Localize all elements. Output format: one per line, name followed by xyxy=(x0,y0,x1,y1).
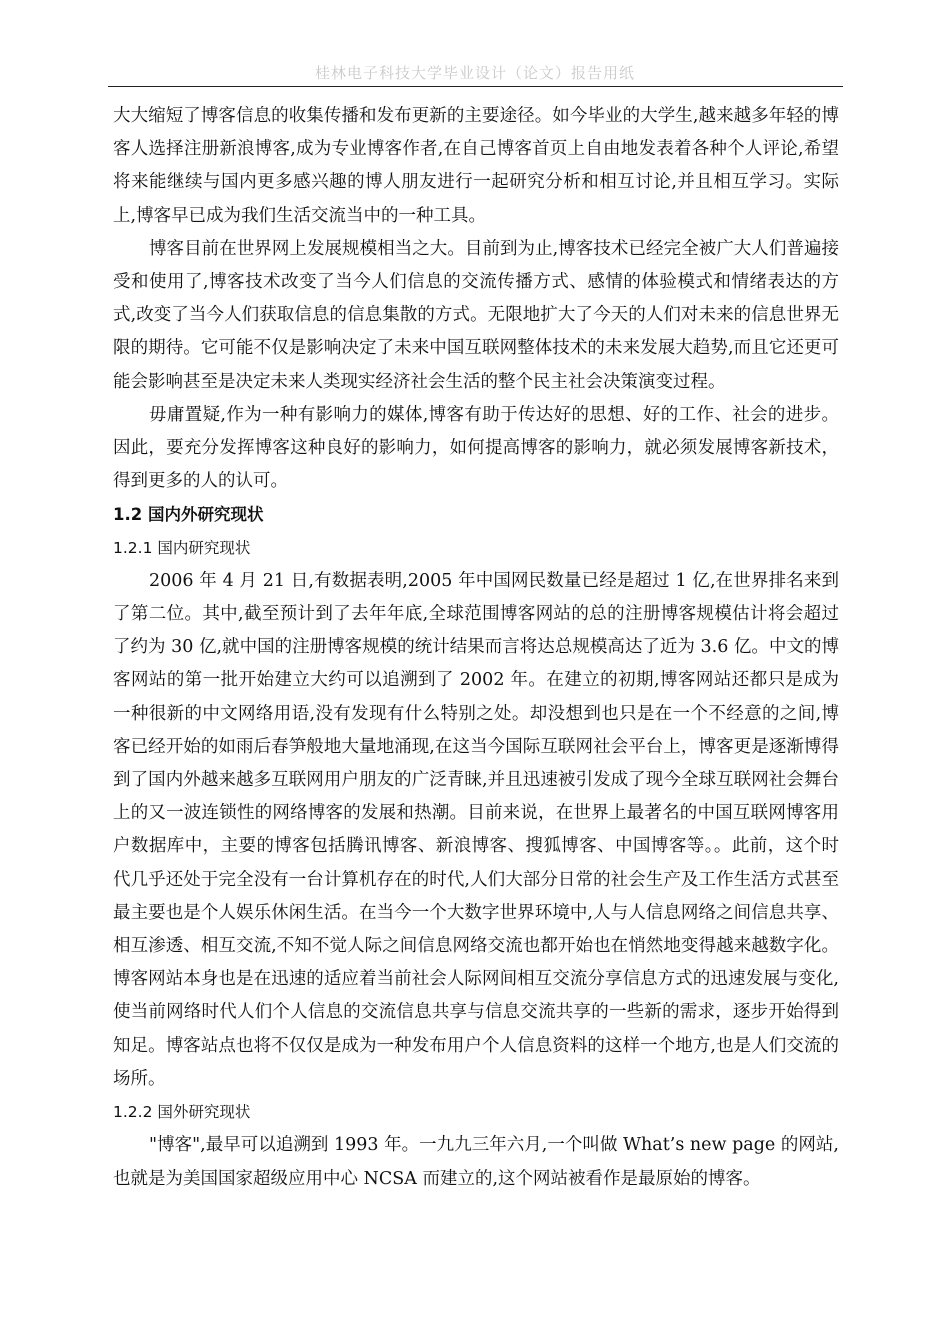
paragraph-foreign-research: "博客",最早可以追溯到 1993 年。一九九三年六月,一个叫做 What’s … xyxy=(113,1129,839,1195)
paragraph-blog-scale: 博客目前在世界网上发展规模相当之大。目前到为止,博客技术已经完全被广大人们普遍接… xyxy=(113,233,839,399)
subsection-heading-1-2-2: 1.2.2 国外研究现状 xyxy=(113,1096,839,1129)
section-heading-1-2: 1.2 国内外研究现状 xyxy=(113,498,839,531)
document-body: 大大缩短了博客信息的收集传播和发布更新的主要途径。如今毕业的大学生,越来越多年轻… xyxy=(113,100,839,1196)
paragraph-continuation: 大大缩短了博客信息的收集传播和发布更新的主要途径。如今毕业的大学生,越来越多年轻… xyxy=(113,100,839,233)
page-header-title: 桂林电子科技大学毕业设计（论文）报告用纸 xyxy=(0,62,950,83)
subsection-heading-1-2-1: 1.2.1 国内研究现状 xyxy=(113,532,839,565)
header-divider xyxy=(108,86,843,87)
paragraph-domestic-research: 2006 年 4 月 21 日,有数据表明,2005 年中国网民数量已经是超过 … xyxy=(113,565,839,1096)
document-page: 桂林电子科技大学毕业设计（论文）报告用纸 大大缩短了博客信息的收集传播和发布更新… xyxy=(0,0,950,1344)
paragraph-blog-influence: 毋庸置疑,作为一种有影响力的媒体,博客有助于传达好的思想、好的工作、社会的进步。… xyxy=(113,399,839,499)
